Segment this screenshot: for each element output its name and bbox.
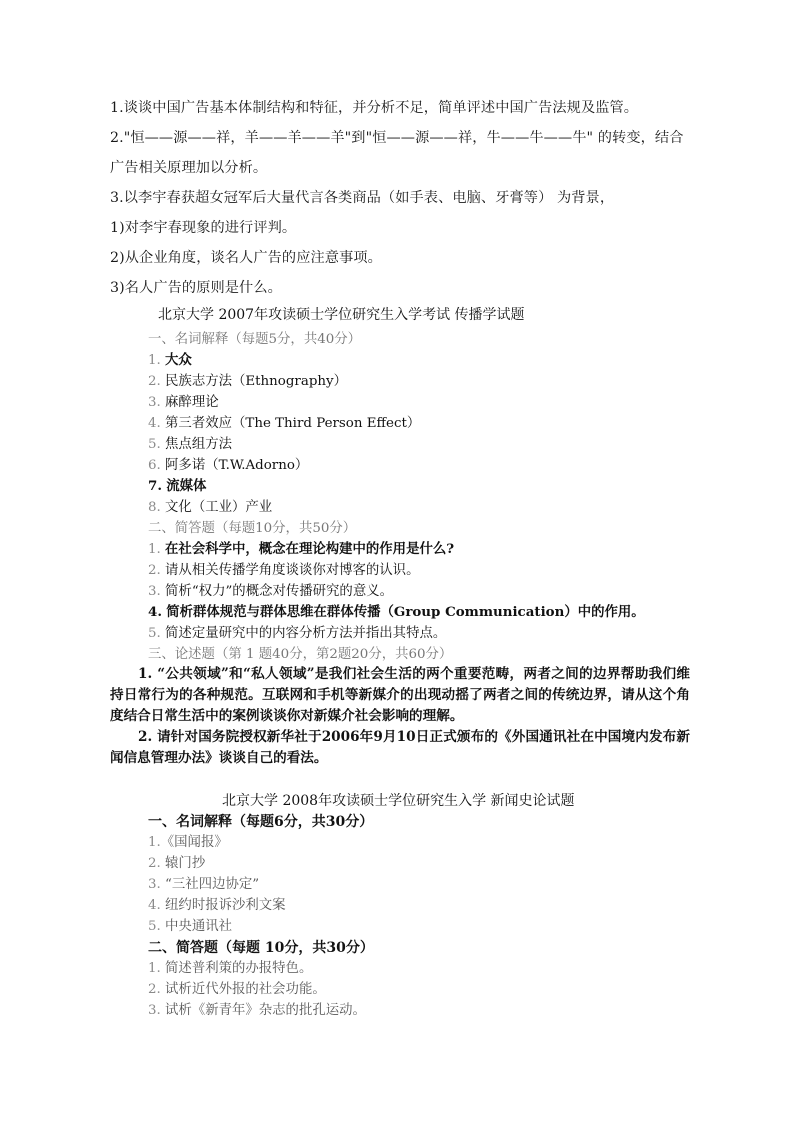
ad-question-3-sub-2: 2)从企业角度，谈名人广告的应注意事项。 (110, 251, 382, 265)
list-item: 3. “三社四边协定” (148, 878, 259, 891)
list-item: 3. 麻醉理论 (148, 396, 219, 409)
list-item: 4. 简析群体规范与群体思维在群体传播（Group Communication）… (148, 606, 645, 619)
exam-2007-section-2-heading: 二、简答题（每题10分，共50分） (148, 522, 356, 535)
list-item: 4. 第三者效应（The Third Person Effect） (148, 417, 420, 430)
list-item: 8. 文化（工业）产业 (148, 501, 272, 514)
ad-question-1: 1.谈谈中国广告基本体制结构和特征，并分析不足，简单评述中国广告法规及监管。 (110, 101, 638, 115)
ad-question-3-sub-1: 1)对李宇春现象的进行评判。 (110, 221, 296, 235)
essay-question-2: 2. 请针对国务院授权新华社于2006年9月10日正式颁布的《外国通讯社在中国境… (110, 727, 690, 769)
exam-2007-section-1-heading: 一、名词解释（每题5分，共40分） (148, 333, 361, 346)
list-item: 1. 简述普利策的办报特色。 (148, 962, 312, 975)
list-item: 2. 试析近代外报的社会功能。 (148, 983, 326, 996)
list-item: 5. 简述定量研究中的内容分析方法并指出其特点。 (148, 627, 446, 640)
ad-question-2-line-1: 2."恒——源——祥，羊——羊——羊"到"恒——源——祥，牛——牛——牛" 的转… (110, 131, 684, 145)
exam-2008-section-1-heading: 一、名词解释（每题6分，共30分） (148, 815, 373, 829)
ad-question-3-sub-3: 3)名人广告的原则是什么。 (110, 281, 282, 295)
list-item: 5. 中央通讯社 (148, 920, 232, 933)
list-item: 5. 焦点组方法 (148, 438, 232, 451)
list-item: 3. 简析“权力”的概念对传播研究的意义。 (148, 585, 393, 598)
list-item: 2. 民族志方法（Ethnography） (148, 375, 347, 388)
list-item: 4. 纽约时报诉沙利文案 (148, 899, 286, 912)
list-item: 1. 大众 (148, 354, 192, 367)
exam-2007-title: 北京大学 2007年攻读硕士学位研究生入学考试 传播学试题 (158, 308, 525, 322)
document-page: 1.谈谈中国广告基本体制结构和特征，并分析不足，简单评述中国广告法规及监管。 2… (0, 0, 800, 1124)
ad-question-3: 3.以李宇春获超女冠军后大量代言各类商品（如手表、电脑、牙膏等） 为背景， (110, 191, 614, 205)
list-item: 2. 辕门抄 (148, 857, 205, 870)
essay-question-1: 1. “公共领域”和“私人领域”是我们社会生活的两个重要范畴，两者之间的边界帮助… (110, 664, 690, 727)
exam-2008-section-2-heading: 二、简答题（每题 10分，共30分） (148, 941, 374, 955)
ad-question-2-line-2: 广告相关原理加以分析。 (110, 161, 267, 175)
list-item: 6. 阿多诺（T.W.Adorno） (148, 459, 308, 472)
list-item: 7. 流媒体 (148, 480, 206, 493)
list-item: 1.《国闻报》 (148, 836, 228, 849)
list-item: 2. 请从相关传播学角度谈谈你对博客的认识。 (148, 564, 419, 577)
exam-2008-title: 北京大学 2008年攻读硕士学位研究生入学 新闻史论试题 (222, 794, 575, 808)
list-item: 3. 试析《新青年》杂志的批孔运动。 (148, 1004, 366, 1017)
exam-2007-section-3-heading: 三、论述题（第 1 题40分，第2题20分，共60分） (148, 648, 452, 661)
list-item: 1. 在社会科学中，概念在理论构建中的作用是什么? (148, 543, 454, 556)
